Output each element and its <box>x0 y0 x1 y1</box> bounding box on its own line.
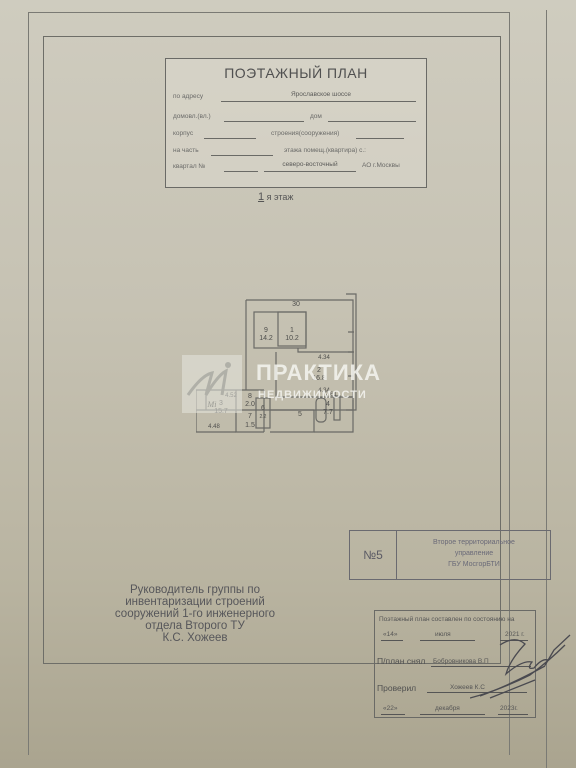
dom-label: дом <box>310 113 322 120</box>
supervisor-line: сооружений 1-го инженерного <box>80 608 310 620</box>
underline <box>420 640 475 641</box>
house-line <box>224 121 304 122</box>
floor-premise-label: этажа помещ.(квартира) с.: <box>284 147 366 154</box>
underline <box>381 640 403 641</box>
kvartal-label: квартал № <box>173 163 205 170</box>
supervisor-line: К.С. Хожеев <box>80 632 310 644</box>
stamp-line: управление <box>400 548 548 559</box>
room9-no: 9 <box>264 327 268 334</box>
date2-month: декабря <box>435 705 460 712</box>
watermark-logo: Mi <box>182 355 242 413</box>
address-line <box>221 101 416 102</box>
floor-suffix: я этаж <box>267 192 294 202</box>
room9-area: 14.2 <box>259 335 273 342</box>
watermark-sub: НЕДВИЖИМОСТИ <box>258 389 367 401</box>
bti-stamp: №5 Второе территориальное управление ГБУ… <box>349 530 551 580</box>
date2-year: 2023г. <box>500 705 518 712</box>
header-form: ПОЭТАЖНЫЙ ПЛАН по адресу Ярославское шос… <box>165 58 427 188</box>
signature <box>470 630 576 705</box>
stamp-line: Второе территориальное <box>400 537 548 548</box>
floor-number: 1 <box>258 191 264 203</box>
supervisor-line: инвентаризации строений <box>80 596 310 608</box>
dim-top: 30 <box>292 301 300 308</box>
room6-area: 2.2 <box>260 414 267 420</box>
room8-no: 8 <box>248 393 252 400</box>
address-value: Ярославское шоссе <box>246 91 396 98</box>
district-value: северо-восточный <box>264 161 356 168</box>
checked-label: Проверил <box>377 683 416 693</box>
kvartal-line <box>224 171 258 172</box>
supervisor-line: Руководитель группы по <box>80 584 310 596</box>
date2-day: «22» <box>383 705 397 712</box>
room5-no: 5 <box>298 411 302 418</box>
watermark-brand: ПРАКТИКА <box>256 360 381 386</box>
room1-no: 1 <box>290 327 294 334</box>
date1-month: июля <box>435 631 451 638</box>
page-title: ПОЭТАЖНЫЙ ПЛАН <box>166 65 426 81</box>
drawn-by-label: П/план снял <box>377 656 425 666</box>
part-label: на часть <box>173 147 199 154</box>
underline <box>498 714 528 715</box>
room7-area: 1.5 <box>245 422 255 429</box>
date1-day: «14» <box>383 631 397 638</box>
part-line <box>211 155 273 156</box>
room8-area: 2.0 <box>245 401 255 408</box>
room6-no: 6 <box>261 405 265 412</box>
okrug-label: АО г.Москвы <box>362 162 400 169</box>
dom-line <box>328 121 416 122</box>
watermark-logo-text: Mi <box>207 400 217 409</box>
floor-label: 1 я этаж <box>258 191 293 203</box>
building-line <box>356 138 404 139</box>
district-line <box>264 171 356 172</box>
underline <box>381 714 405 715</box>
supervisor-line: отдела Второго ТУ <box>80 620 310 632</box>
room4-no: 4 <box>326 401 330 408</box>
building-label: строения(сооружения) <box>271 130 339 137</box>
room7-no: 7 <box>248 413 252 420</box>
stamp-line: ГБУ МосгорБТИ <box>400 559 548 570</box>
house-label: домовл.(вл.) <box>173 113 211 120</box>
stamp-number: №5 <box>350 531 397 579</box>
room1-area: 10.2 <box>285 335 299 342</box>
dim-4: 4.48 <box>208 424 220 430</box>
stamp-text: Второе территориальное управление ГБУ Мо… <box>400 537 548 570</box>
inventory-heading: Поэтажный план составлен по состоянию на <box>379 616 514 623</box>
korpus-line <box>204 138 256 139</box>
address-label: по адресу <box>173 93 203 100</box>
supervisor-stamp: Руководитель группы по инвентаризации ст… <box>80 584 310 644</box>
korpus-label: корпус <box>173 130 193 137</box>
room4-area: 7.7 <box>323 409 333 416</box>
underline <box>420 714 485 715</box>
